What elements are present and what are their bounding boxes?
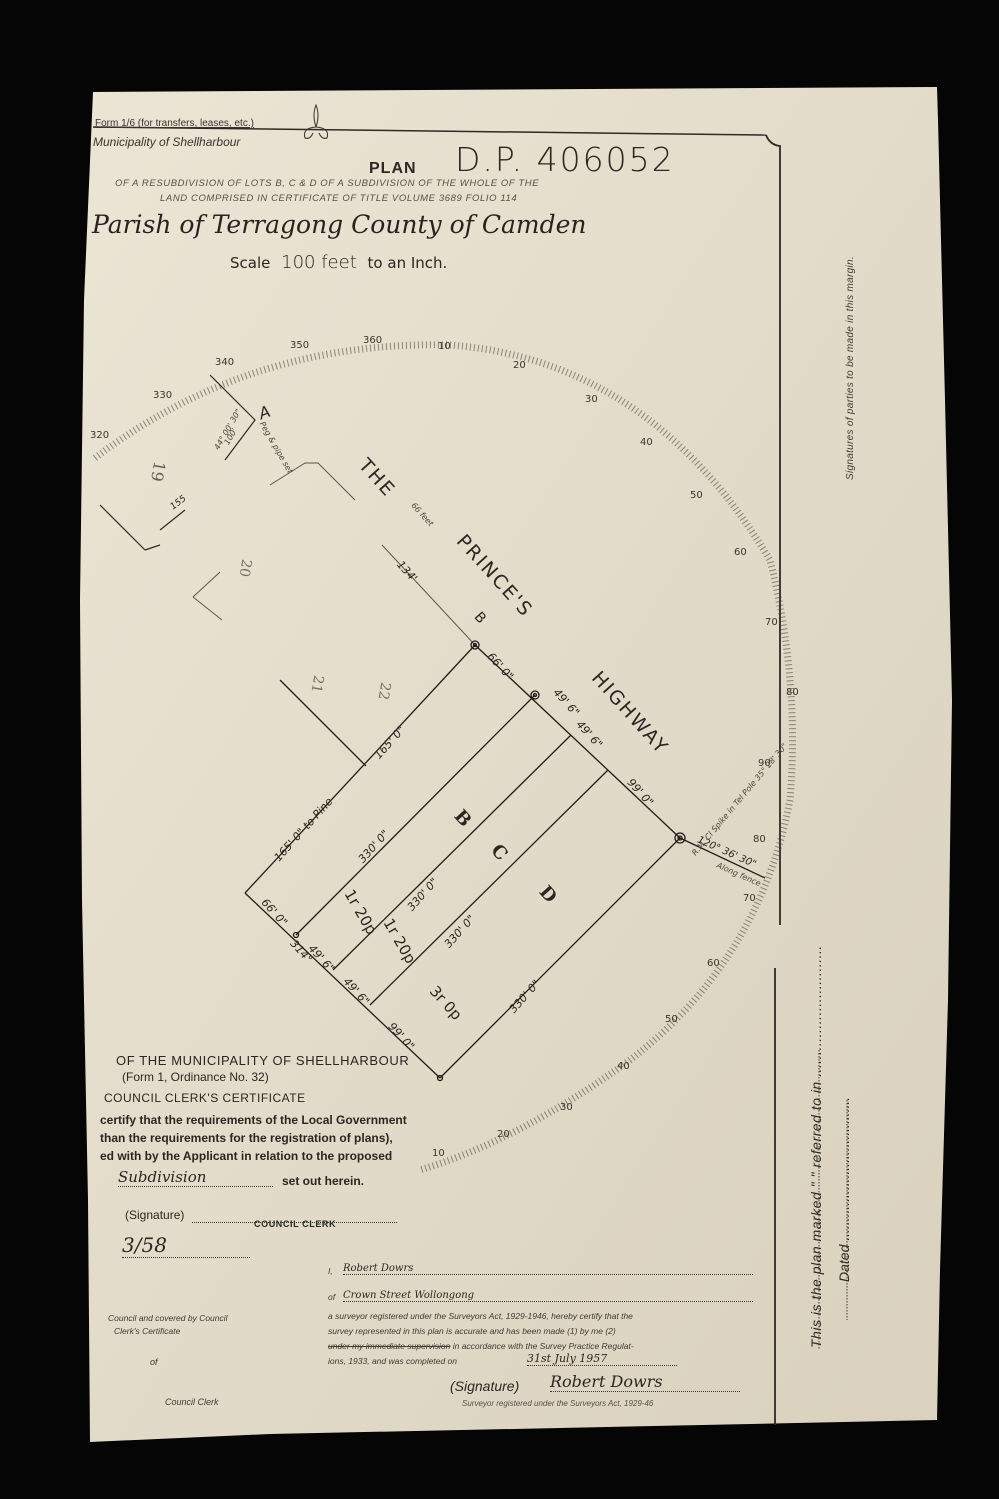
surveyor-name[interactable]: Robert Dowrs [343, 1263, 753, 1275]
surveyor-cert-line-2: survey represented in this plan is accur… [328, 1326, 616, 1336]
lot-19-label: 19 [147, 460, 169, 483]
svg-text:10: 10 [432, 1148, 445, 1159]
surveyor-address[interactable]: Crown Street Wollongong [343, 1290, 753, 1302]
council-cert-date[interactable]: 3/58 [122, 1233, 250, 1258]
surveyor-signature-label: (Signature) [450, 1378, 519, 1394]
form-reference: Form 1/6 (for transfers, leases, etc.) [95, 118, 254, 129]
svg-text:70: 70 [743, 893, 756, 904]
scale-suffix: to an Inch. [368, 254, 448, 272]
council-name: Municipality of Shellharbour [93, 135, 240, 149]
scale-value: 100 feet [281, 252, 357, 273]
surveyor-cert-line-1: a surveyor registered under the Surveyor… [328, 1311, 633, 1321]
council-clerk-title: COUNCIL CLERK [254, 1219, 336, 1229]
surveyor-registered-line: Surveyor registered under the Surveyors … [462, 1399, 653, 1408]
signature-margin-note: Signatures of parties to be made in this… [845, 256, 856, 480]
svg-text:20: 20 [497, 1129, 510, 1140]
svg-text:50: 50 [665, 1014, 678, 1025]
council-cert-title: OF THE MUNICIPALITY OF SHELLHARBOUR [116, 1053, 409, 1068]
plan-marked-note: This is the plan marked " " referred to … [808, 945, 824, 1348]
scale-prefix: Scale [230, 254, 270, 272]
svg-text:50: 50 [690, 490, 703, 501]
council-cert-form: (Form 1, Ordinance No. 32) [122, 1070, 269, 1084]
svg-text:10: 10 [438, 341, 451, 352]
surveyor-cert-line-4: ions, 1933, and was completed on [328, 1356, 457, 1366]
council-cert-heading: COUNCIL CLERK'S CERTIFICATE [104, 1091, 306, 1105]
council-cert-line-3: ed with by the Applicant in relation to … [100, 1149, 392, 1163]
surveyor-of-label: of [328, 1292, 335, 1302]
plan-description-line-2: LAND COMPRISED IN CERTIFICATE OF TITLE V… [160, 193, 517, 204]
svg-text:60: 60 [707, 958, 720, 969]
council-signature-label: (Signature) [125, 1208, 184, 1222]
svg-text:340: 340 [215, 357, 234, 368]
dp-number: D.P. 406052 [455, 140, 675, 179]
plan-description-line-1: OF A RESUBDIVISION OF LOTS B, C & D OF A… [115, 178, 539, 189]
svg-text:330: 330 [153, 390, 172, 401]
svg-text:320: 320 [90, 430, 109, 441]
surveyor-signature[interactable]: Robert Dowrs [550, 1372, 740, 1392]
struck-text: under my immediate supervision [328, 1341, 450, 1351]
svg-text:60: 60 [734, 547, 747, 558]
svg-text:20: 20 [513, 360, 526, 371]
covered-of-label: of [150, 1357, 158, 1367]
covered-line-2: Clerk's Certificate [114, 1326, 180, 1336]
scale-line: Scale 100 feet to an Inch. [230, 252, 447, 273]
covered-council-clerk: Council Clerk [165, 1397, 219, 1407]
council-cert-line-1: certify that the requirements of the Loc… [100, 1113, 407, 1127]
council-cert-purpose[interactable]: Subdivision [118, 1168, 273, 1187]
surveyor-cert-line-3: under my immediate supervision in accord… [328, 1341, 634, 1351]
covered-line-1: Council and covered by Council [108, 1313, 228, 1323]
parish-county-title: Parish of Terragong County of Camden [92, 210, 587, 239]
plan-label: PLAN [369, 160, 417, 178]
lot-22-label: 22 [374, 681, 393, 701]
svg-text:360: 360 [363, 335, 382, 346]
svg-text:350: 350 [290, 340, 309, 351]
council-cert-set-out: set out herein. [282, 1174, 364, 1188]
svg-text:70: 70 [765, 617, 778, 628]
svg-text:40: 40 [640, 437, 653, 448]
svg-text:80: 80 [786, 687, 799, 698]
dated-field[interactable]: Dated ..................................… [836, 1097, 852, 1282]
svg-text:30: 30 [560, 1102, 573, 1113]
svg-text:80: 80 [753, 834, 766, 845]
lot-21-label: 21 [307, 674, 326, 694]
survey-plan-sheet: 320 330 340 350 360 10 20 30 40 50 60 70… [0, 0, 999, 1499]
svg-text:40: 40 [617, 1061, 630, 1072]
svg-text:30: 30 [585, 394, 598, 405]
surveyor-i-label: I, [328, 1266, 333, 1276]
council-cert-line-2: than the requirements for the registrati… [100, 1131, 393, 1145]
completion-date[interactable]: 31st July 1957 [527, 1352, 677, 1366]
lot-20-label: 20 [235, 558, 254, 578]
